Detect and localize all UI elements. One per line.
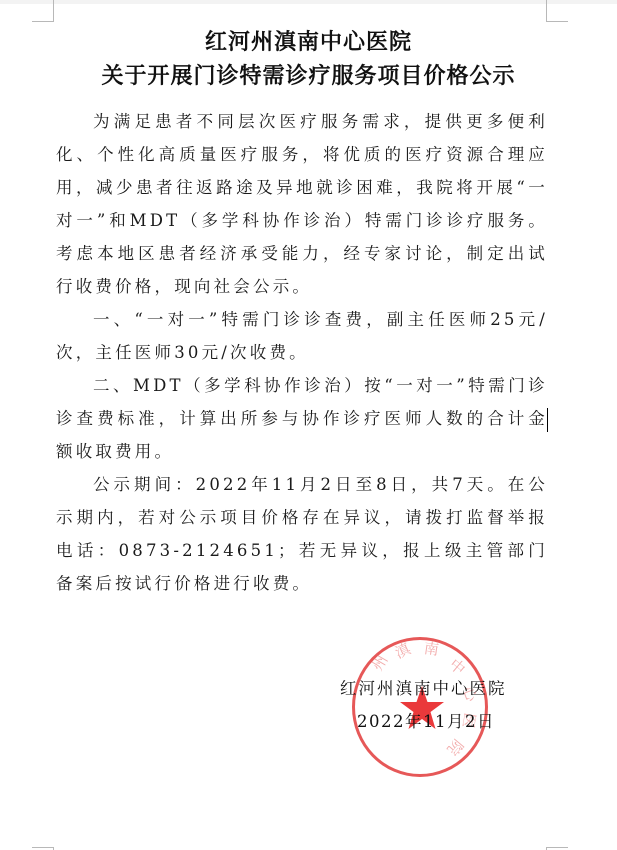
paragraph-intro[interactable]: 为满足患者不同层次医疗服务需求，提供更多便利化、个性化高质量医疗服务，将优质的医… bbox=[56, 105, 548, 303]
margin-corner-mark-top-left bbox=[32, 0, 54, 22]
document-title-hospital: 红河州滇南中心医院 bbox=[0, 25, 617, 56]
paragraph-item-two[interactable]: 二、MDT（多学科协作诊治）按“一对一”特需门诊诊查费标准，计算出所参与协作诊疗… bbox=[56, 369, 548, 468]
seal-text-fragment: 南 bbox=[423, 637, 441, 660]
document-title-subject: 关于开展门诊特需诊疗服务项目价格公示 bbox=[0, 59, 617, 90]
text-cursor bbox=[547, 408, 548, 432]
signature-organization: 红河州滇南中心医院 bbox=[340, 675, 507, 699]
margin-corner-mark-top-right bbox=[546, 0, 568, 22]
page-top-edge bbox=[0, 0, 617, 4]
paragraph-item-one[interactable]: 一、“一对一”特需门诊诊查费，副主任医师25元/次，主任医师30元/次收费。 bbox=[56, 303, 548, 369]
signature-date: 2022年11月2日 bbox=[357, 708, 495, 732]
paragraph-notice-period[interactable]: 公示期间：2022年11月2日至8日，共7天。在公示期内，若对公示项目价格存在异… bbox=[56, 468, 548, 600]
